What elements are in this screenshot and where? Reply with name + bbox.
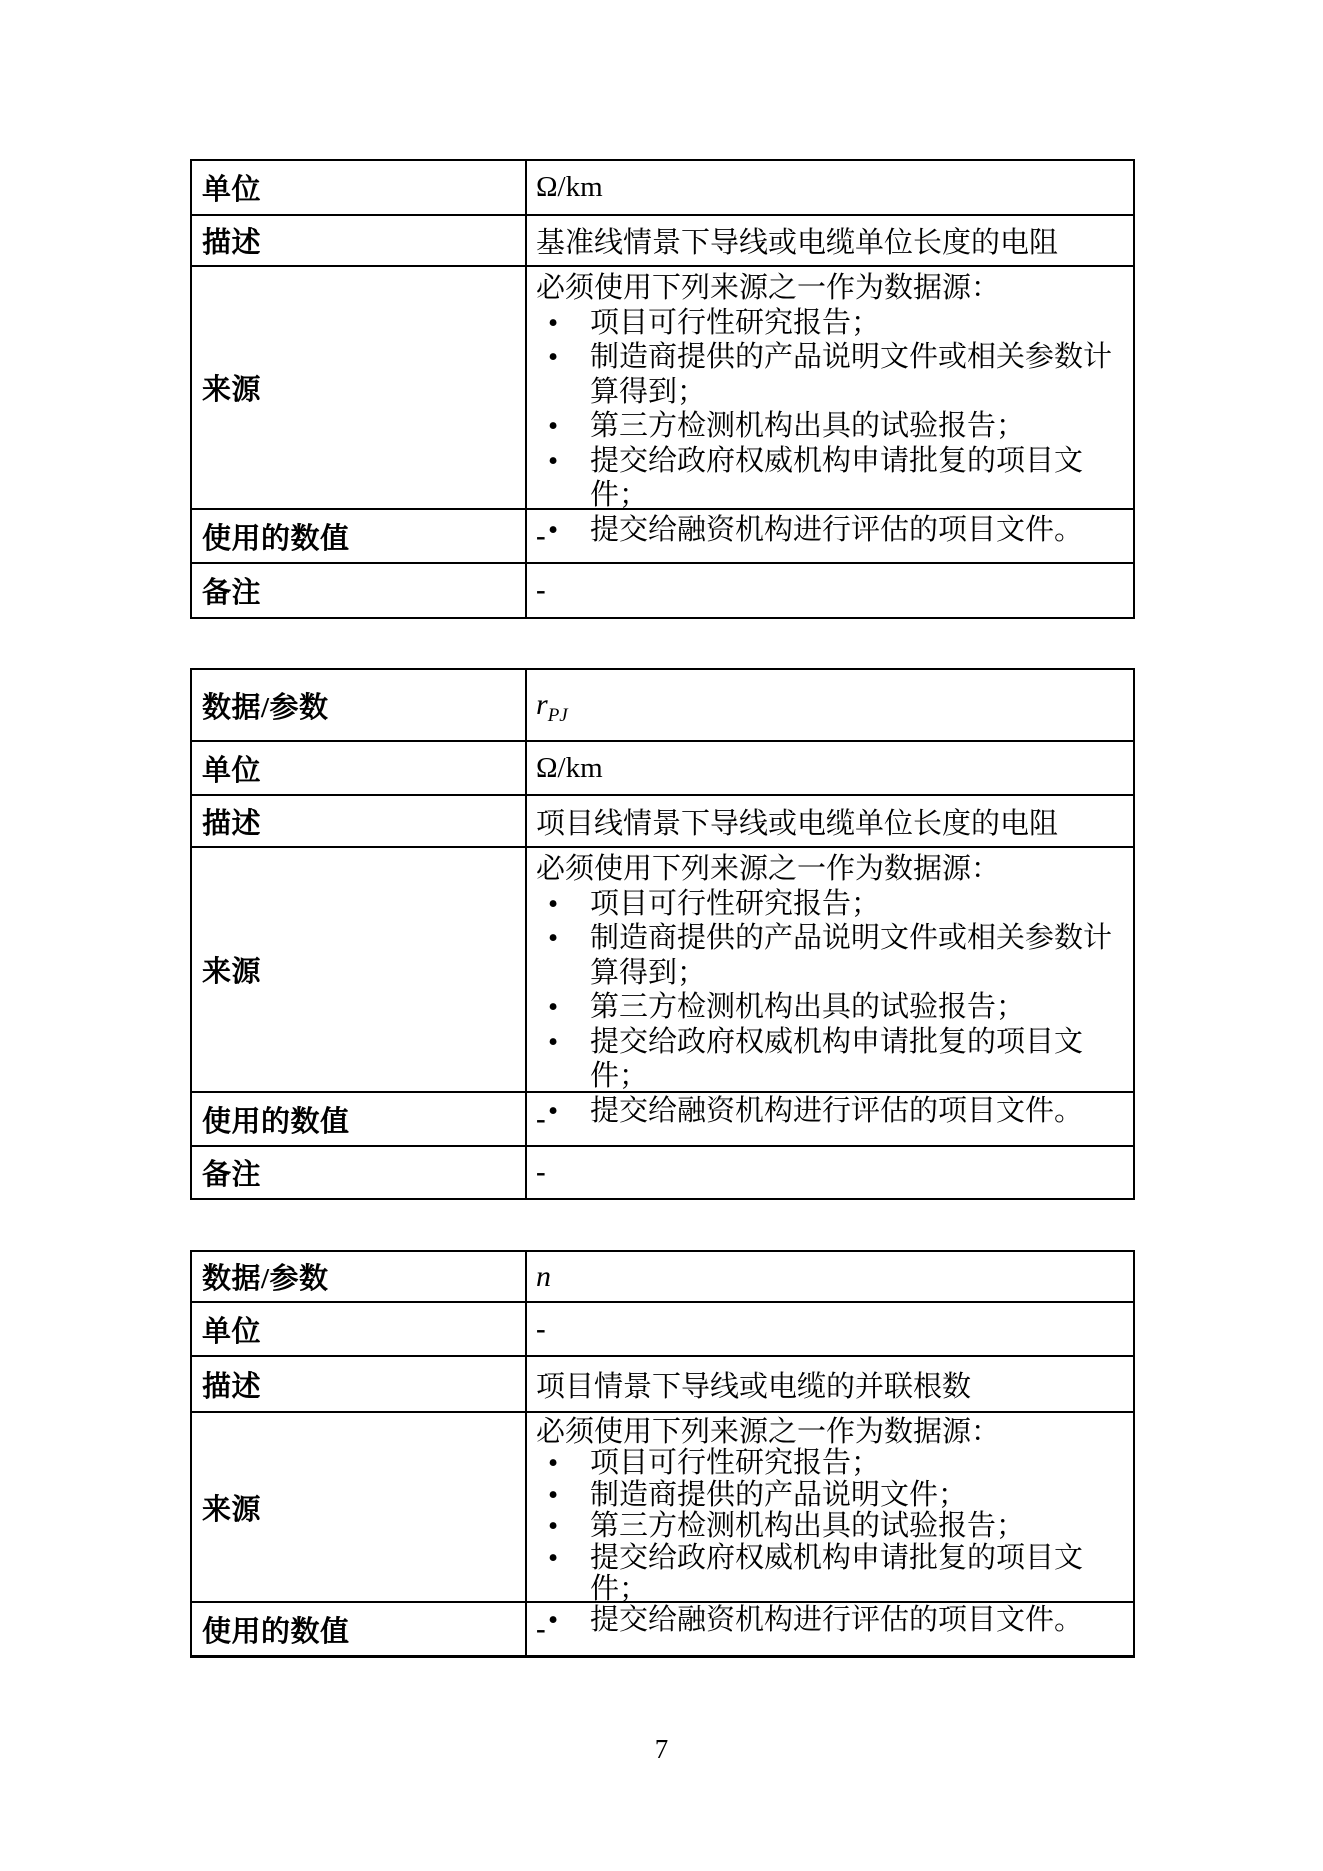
parameter-table-1: 单位 Ω/km 描述 基准线情景下导线或电缆单位长度的电阻 来源 必须使用下列来… xyxy=(190,159,1135,619)
row-value: - xyxy=(527,1303,1133,1355)
source-item-text: 提交给政府权威机构申请批复的项目文件； xyxy=(590,444,1125,513)
source-item-text: 第三方检测机构出具的试验报告； xyxy=(590,409,1025,444)
row-label: 来源 xyxy=(192,267,527,508)
table-row: 单位 - xyxy=(192,1301,1133,1355)
table-row: 备注 - xyxy=(192,562,1133,617)
bullet-icon: • xyxy=(548,990,590,1025)
source-item-text: 第三方检测机构出具的试验报告； xyxy=(590,1511,1025,1542)
source-list-item: • 提交给政府权威机构申请批复的项目文件； xyxy=(536,1543,1125,1606)
row-label: 描述 xyxy=(192,1357,527,1411)
row-label: 描述 xyxy=(192,216,527,265)
row-label: 单位 xyxy=(192,1303,527,1355)
row-value: - xyxy=(527,510,1133,562)
source-list-item: • 第三方检测机构出具的试验报告； xyxy=(536,409,1125,444)
page-number: 7 xyxy=(0,1734,1323,1765)
source-intro: 必须使用下列来源之一作为数据源： xyxy=(536,1417,1125,1448)
source-intro: 必须使用下列来源之一作为数据源： xyxy=(536,852,1125,887)
table-row: 描述 项目情景下导线或电缆的并联根数 xyxy=(192,1355,1133,1411)
bullet-icon: • xyxy=(548,921,590,990)
bullet-icon: • xyxy=(548,1025,590,1094)
source-list-item: • 提交给政府权威机构申请批复的项目文件； xyxy=(536,1025,1125,1094)
row-value: - xyxy=(527,1093,1133,1145)
source-item-text: 制造商提供的产品说明文件或相关参数计算得到； xyxy=(590,921,1125,990)
source-item-text: 制造商提供的产品说明文件或相关参数计算得到； xyxy=(590,340,1125,409)
row-label: 数据/参数 xyxy=(192,1252,527,1301)
row-label: 使用的数值 xyxy=(192,510,527,562)
row-label: 单位 xyxy=(192,742,527,794)
source-list-item: • 制造商提供的产品说明文件或相关参数计算得到； xyxy=(536,921,1125,990)
table-row: 使用的数值 - xyxy=(192,1601,1133,1655)
source-intro: 必须使用下列来源之一作为数据源： xyxy=(536,271,1125,306)
source-list-item: • 项目可行性研究报告； xyxy=(536,1448,1125,1479)
row-value: rPJ xyxy=(527,670,1133,740)
source-item-text: 提交给政府权威机构申请批复的项目文件； xyxy=(590,1025,1125,1094)
source-list-item: • 制造商提供的产品说明文件； xyxy=(536,1480,1125,1511)
source-list-item: • 第三方检测机构出具的试验报告； xyxy=(536,1511,1125,1542)
table-row: 使用的数值 - xyxy=(192,1091,1133,1145)
symbol-base: r xyxy=(536,688,548,721)
table-row: 描述 基准线情景下导线或电缆单位长度的电阻 xyxy=(192,214,1133,265)
source-list-item: • 制造商提供的产品说明文件或相关参数计算得到； xyxy=(536,340,1125,409)
table-row: 数据/参数 rPJ xyxy=(192,670,1133,740)
source-list-item: • 项目可行性研究报告； xyxy=(536,306,1125,341)
bullet-icon: • xyxy=(548,306,590,341)
table-row: 使用的数值 - xyxy=(192,508,1133,562)
row-value: 项目情景下导线或电缆的并联根数 xyxy=(527,1357,1133,1411)
source-list-item: • 提交给政府权威机构申请批复的项目文件； xyxy=(536,444,1125,513)
symbol-base: n xyxy=(536,1260,551,1293)
row-value: Ω/km xyxy=(527,742,1133,794)
table-row: 来源 必须使用下列来源之一作为数据源： • 项目可行性研究报告； • 制造商提供… xyxy=(192,1411,1133,1601)
parameter-table-2: 数据/参数 rPJ 单位 Ω/km 描述 项目线情景下导线或电缆单位长度的电阻 … xyxy=(190,668,1135,1200)
table-row: 来源 必须使用下列来源之一作为数据源： • 项目可行性研究报告； • 制造商提供… xyxy=(192,265,1133,508)
table-row: 单位 Ω/km xyxy=(192,740,1133,794)
table-row: 单位 Ω/km xyxy=(192,161,1133,214)
bullet-icon: • xyxy=(548,1543,590,1606)
row-value: Ω/km xyxy=(527,161,1133,214)
source-list-item: • 第三方检测机构出具的试验报告； xyxy=(536,990,1125,1025)
source-item-text: 提交给政府权威机构申请批复的项目文件； xyxy=(590,1543,1125,1606)
parameter-symbol: rPJ xyxy=(536,688,568,722)
row-value: 项目线情景下导线或电缆单位长度的电阻 xyxy=(527,796,1133,846)
bullet-icon: • xyxy=(548,1511,590,1542)
source-item-text: 项目可行性研究报告； xyxy=(590,1448,880,1479)
table-row: 描述 项目线情景下导线或电缆单位长度的电阻 xyxy=(192,794,1133,846)
row-label: 使用的数值 xyxy=(192,1603,527,1655)
source-list-item: • 项目可行性研究报告； xyxy=(536,887,1125,922)
bullet-icon: • xyxy=(548,444,590,513)
source-item-text: 第三方检测机构出具的试验报告； xyxy=(590,990,1025,1025)
row-value: n xyxy=(527,1252,1133,1301)
row-label: 数据/参数 xyxy=(192,670,527,740)
row-value: - xyxy=(527,564,1133,617)
row-label: 描述 xyxy=(192,796,527,846)
symbol-subscript: PJ xyxy=(548,705,568,726)
bullet-icon: • xyxy=(548,409,590,444)
table-row: 备注 - xyxy=(192,1145,1133,1198)
bullet-icon: • xyxy=(548,340,590,409)
source-cell: 必须使用下列来源之一作为数据源： • 项目可行性研究报告； • 制造商提供的产品… xyxy=(527,848,1133,1091)
row-value: 基准线情景下导线或电缆单位长度的电阻 xyxy=(527,216,1133,265)
row-label: 备注 xyxy=(192,1147,527,1198)
row-label: 备注 xyxy=(192,564,527,617)
source-item-text: 项目可行性研究报告； xyxy=(590,306,880,341)
row-label: 单位 xyxy=(192,161,527,214)
table-row: 数据/参数 n xyxy=(192,1252,1133,1301)
bullet-icon: • xyxy=(548,1480,590,1511)
source-item-text: 项目可行性研究报告； xyxy=(590,887,880,922)
bullet-icon: • xyxy=(548,887,590,922)
row-value: - xyxy=(527,1147,1133,1198)
row-value: - xyxy=(527,1603,1133,1655)
table-row: 来源 必须使用下列来源之一作为数据源： • 项目可行性研究报告； • 制造商提供… xyxy=(192,846,1133,1091)
row-label: 来源 xyxy=(192,848,527,1091)
source-cell: 必须使用下列来源之一作为数据源： • 项目可行性研究报告； • 制造商提供的产品… xyxy=(527,267,1133,508)
parameter-table-3: 数据/参数 n 单位 - 描述 项目情景下导线或电缆的并联根数 来源 必须使用下… xyxy=(190,1250,1135,1658)
row-label: 使用的数值 xyxy=(192,1093,527,1145)
document-page: 单位 Ω/km 描述 基准线情景下导线或电缆单位长度的电阻 来源 必须使用下列来… xyxy=(0,0,1323,1871)
row-label: 来源 xyxy=(192,1413,527,1601)
source-item-text: 制造商提供的产品说明文件； xyxy=(590,1480,967,1511)
bullet-icon: • xyxy=(548,1448,590,1479)
parameter-symbol: n xyxy=(536,1260,551,1294)
source-cell: 必须使用下列来源之一作为数据源： • 项目可行性研究报告； • 制造商提供的产品… xyxy=(527,1413,1133,1601)
